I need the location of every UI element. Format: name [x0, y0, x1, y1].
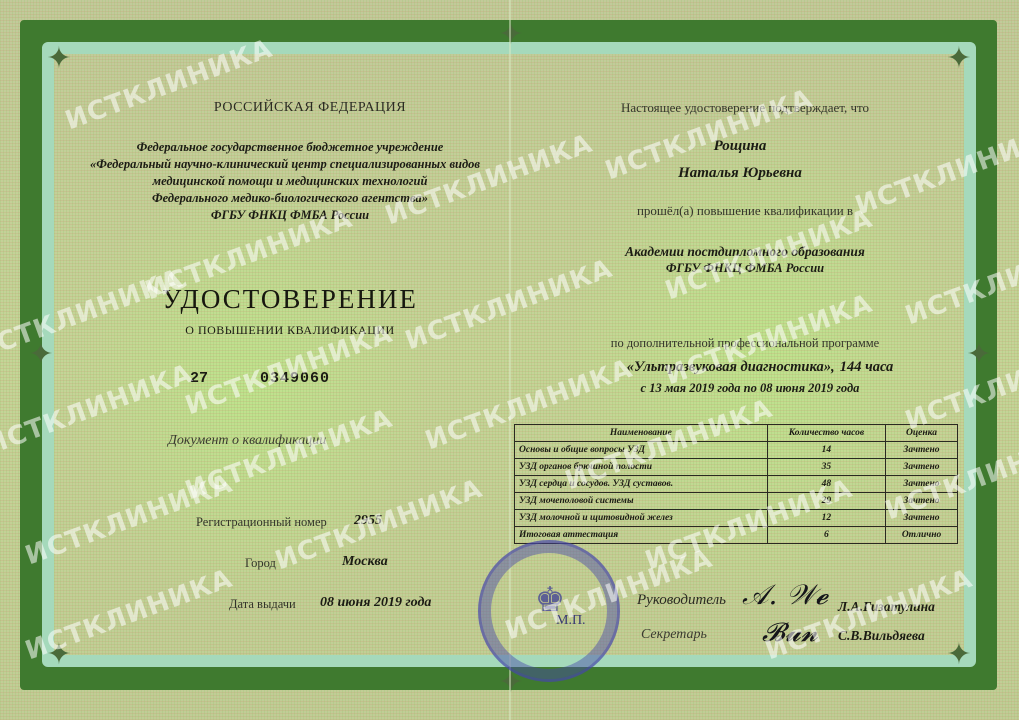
passed-text: прошёл(а) повышение квалификации в [580, 203, 910, 219]
stamp-label: М.П. [556, 613, 586, 629]
academy-org: ФГБУ ФНКЦ ФМБА России [580, 261, 910, 276]
secretary-signature: 𝓑𝓾𝓷 [762, 618, 818, 649]
confirmation-text: Настоящее удостоверение подтверждает, чт… [580, 100, 910, 116]
table-row: Итоговая аттестация 6 Отлично [515, 527, 958, 544]
top-center-ornament-icon: ✦ [496, 20, 526, 50]
course-hours: 14 [767, 442, 885, 459]
program-hours: 144 часа [840, 359, 894, 375]
head-label: Руководитель [637, 592, 726, 609]
course-grade: Зачтено [886, 476, 958, 493]
registration-label: Регистрационный номер [196, 515, 327, 530]
document-type: Документ о квалификации [168, 433, 326, 449]
holder-given-names: Наталья Юрьевна [640, 165, 840, 182]
institution-line: медицинской помощи и медицинских техноло… [90, 174, 490, 189]
form-series: 27 [190, 370, 208, 387]
document-subtitle: О ПОВЫШЕНИИ КВАЛИФИКАЦИИ [90, 323, 490, 338]
table-row: УЗД органов брюшной полости 35 Зачтено [515, 459, 958, 476]
course-hours: 12 [767, 510, 885, 527]
secretary-name: С.В.Вильдяева [838, 628, 925, 644]
table-row: УЗД сердца и сосудов. УЗД суставов. 48 З… [515, 476, 958, 493]
holder-surname: Рощина [640, 138, 840, 155]
header-grade: Оценка [886, 425, 958, 442]
institution-line: Федерального медико-биологического агент… [90, 191, 490, 206]
institution-line: ФГБУ ФНКЦ ФМБА России [90, 208, 490, 223]
issue-date-label: Дата выдачи [229, 597, 296, 612]
institution-line: «Федеральный научно-клинический центр сп… [70, 157, 500, 172]
course-name: УЗД мочеполовой системы [515, 493, 768, 510]
side-star-icon: ✦ [964, 340, 994, 370]
course-hours: 6 [767, 527, 885, 544]
secretary-label: Секретарь [641, 627, 707, 643]
document-title: УДОСТОВЕРЕНИЕ [90, 284, 490, 315]
program-period: с 13 мая 2019 года по 08 июня 2019 года [590, 381, 910, 396]
course-grade: Зачтено [886, 493, 958, 510]
registration-number: 2955 [354, 513, 382, 529]
city-value: Москва [342, 554, 388, 570]
corner-star-icon: ✦ [44, 640, 74, 670]
head-name: Л.А.Гизатулина [838, 599, 935, 615]
course-name: УЗД молочной и щитовидной желез [515, 510, 768, 527]
program-name: «Ультразвуковая диагностика», [627, 359, 835, 375]
corner-star-icon: ✦ [44, 44, 74, 74]
course-grade: Отлично [886, 527, 958, 544]
academy-name: Академии постдипломного образования [580, 244, 910, 260]
course-grade: Зачтено [886, 510, 958, 527]
courses-table: Наименование Количество часов Оценка Осн… [514, 424, 958, 544]
corner-star-icon: ✦ [944, 640, 974, 670]
program-line: «Ультразвуковая диагностика», 144 часа [600, 356, 920, 376]
country-heading: РОССИЙСКАЯ ФЕДЕРАЦИЯ [150, 100, 470, 116]
header-name: Наименование [515, 425, 768, 442]
course-hours: 48 [767, 476, 885, 493]
course-hours: 29 [767, 493, 885, 510]
header-hours: Количество часов [767, 425, 885, 442]
table-row: УЗД молочной и щитовидной желез 12 Зачте… [515, 510, 958, 527]
course-name: Основы и общие вопросы УЗД [515, 442, 768, 459]
head-signature: 𝒜. 𝒲𝓮 [742, 578, 828, 612]
program-label: по дополнительной профессиональной прогр… [575, 336, 915, 351]
table-row: УЗД мочеполовой системы 29 Зачтено [515, 493, 958, 510]
issue-date-value: 08 июня 2019 года [320, 595, 431, 611]
corner-star-icon: ✦ [944, 44, 974, 74]
course-name: УЗД органов брюшной полости [515, 459, 768, 476]
course-grade: Зачтено [886, 442, 958, 459]
table-row: Основы и общие вопросы УЗД 14 Зачтено [515, 442, 958, 459]
table-header-row: Наименование Количество часов Оценка [515, 425, 958, 442]
city-label: Город [245, 556, 276, 571]
institution-line: Федеральное государственное бюджетное уч… [90, 140, 490, 155]
course-name: УЗД сердца и сосудов. УЗД суставов. [515, 476, 768, 493]
course-hours: 35 [767, 459, 885, 476]
form-number: 0349060 [260, 370, 330, 387]
side-star-icon: ✦ [26, 340, 56, 370]
course-grade: Зачтено [886, 459, 958, 476]
